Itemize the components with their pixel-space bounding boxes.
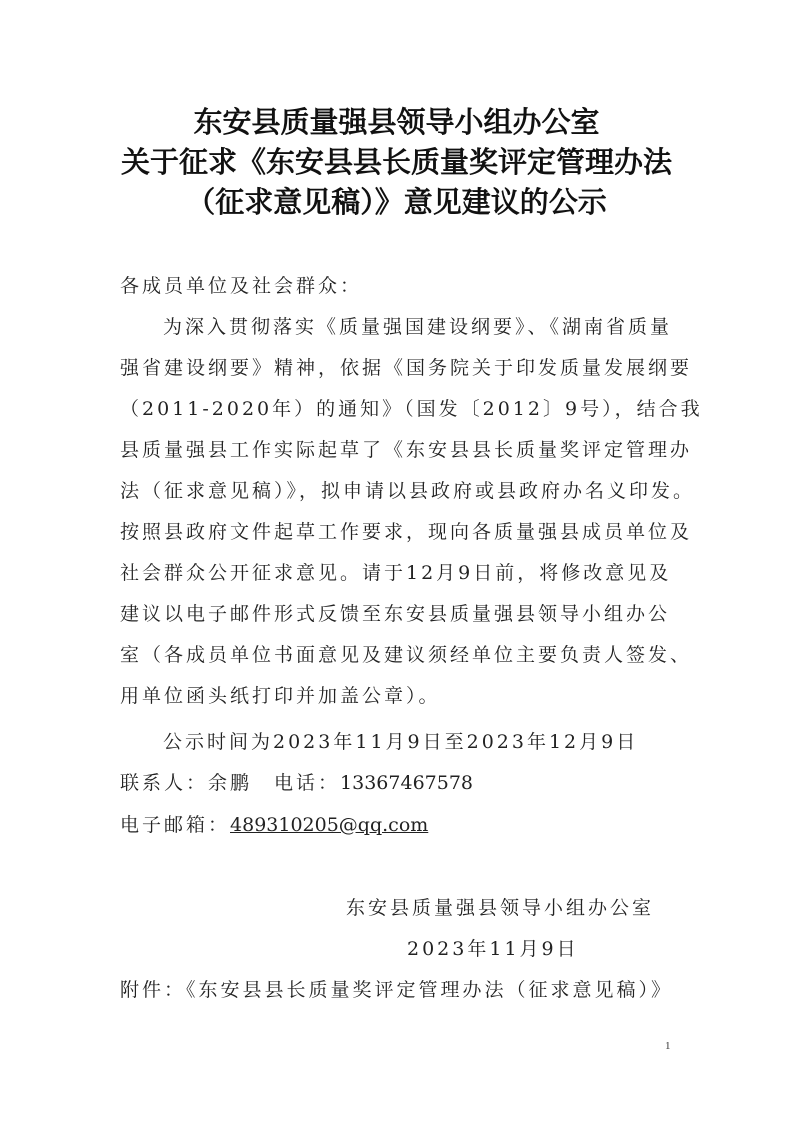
- email-label: 电子邮箱：: [120, 814, 230, 836]
- signature-date: 2023年11月9日: [407, 937, 579, 961]
- attachment-line: 附件：《东安县县长质量奖评定管理办法（征求意见稿）》: [120, 978, 673, 1002]
- body-line: 法（征求意见稿）》，拟申请以县政府或县政府办名义印发。: [120, 479, 695, 503]
- contact-line: 联系人：余鹏电话：13367467578: [120, 771, 473, 795]
- email-link[interactable]: 489310205@qq.com: [230, 814, 428, 836]
- phone-number: 13367467578: [340, 772, 473, 794]
- body-line: 用单位函头纸打印并加盖公章）。: [120, 684, 441, 708]
- body-line: 按照县政府文件起草工作要求，现向各质量强县成员单位及: [120, 520, 692, 544]
- publicity-period: 公示时间为2023年11月9日至2023年12月9日: [163, 730, 638, 754]
- title-line-1: 东安县质量强县领导小组办公室: [0, 100, 793, 141]
- body-line: 建议以电子邮件形式反馈至东安县质量强县领导小组办公: [120, 602, 670, 626]
- title-line-2: 关于征求《东安县县长质量奖评定管理办法: [0, 140, 793, 181]
- signature-org: 东安县质量强县领导小组办公室: [346, 896, 654, 920]
- contact-label: 联系人：: [120, 772, 208, 794]
- body-line: 强省建设纲要》精神，依据《国务院关于印发质量发展纲要: [120, 356, 692, 380]
- page-number: 1: [665, 1040, 671, 1052]
- body-line: 社会群众公开征求意见。请于12月9日前，将修改意见及: [120, 561, 671, 585]
- body-line: （2011-2020年）的通知》（国发〔2012〕9号），结合我: [120, 397, 703, 421]
- phone-label: 电话：: [274, 772, 340, 794]
- title-line-3: （征求意见稿）》意见建议的公示: [0, 180, 793, 221]
- email-line: 电子邮箱：489310205@qq.com: [120, 813, 428, 837]
- contact-name: 余鹏: [208, 772, 252, 794]
- salutation: 各成员单位及社会群众：: [120, 274, 362, 298]
- body-line: 县质量强县工作实际起草了《东安县县长质量奖评定管理办: [120, 438, 692, 462]
- body-line: 室（各成员单位书面意见及建议须经单位主要负责人签发、: [120, 643, 692, 667]
- body-line: 为深入贯彻落实《质量强国建设纲要》、《湖南省质量: [163, 315, 672, 339]
